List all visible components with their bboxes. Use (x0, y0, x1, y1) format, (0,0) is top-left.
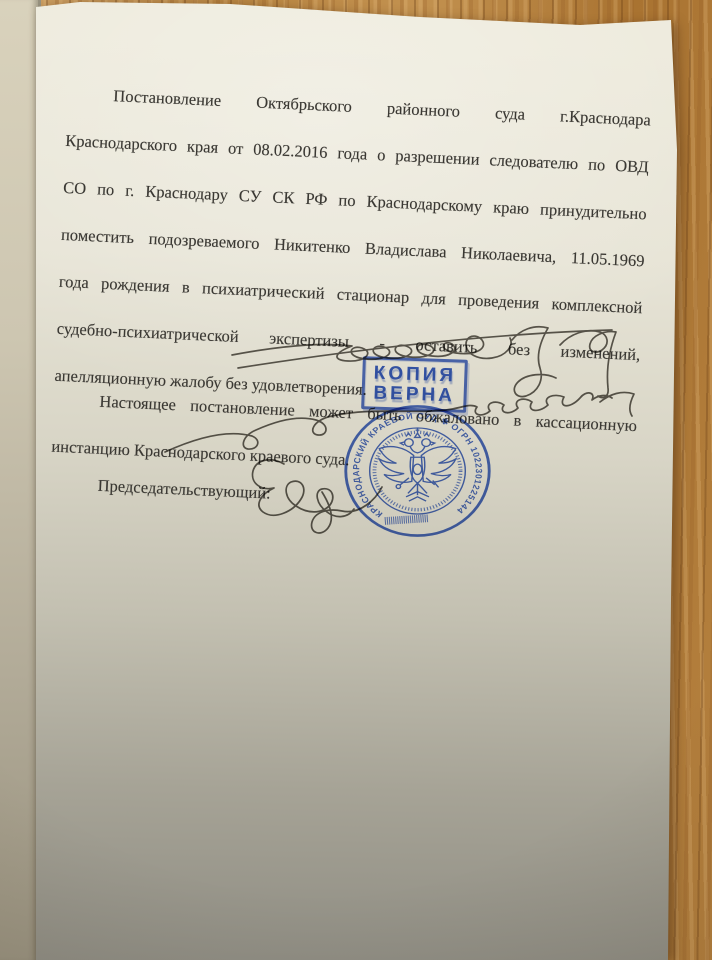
document-sheet-wrapper: Постановление Октябрьского районного суд… (0, 0, 712, 960)
document-page: Постановление Октябрьского районного суд… (0, 0, 712, 960)
judge-signature-lower (165, 392, 634, 533)
signatures-layer (0, 0, 712, 960)
judge-signature-upper (232, 327, 616, 398)
photo-scene: Постановление Октябрьского районного суд… (0, 0, 712, 960)
